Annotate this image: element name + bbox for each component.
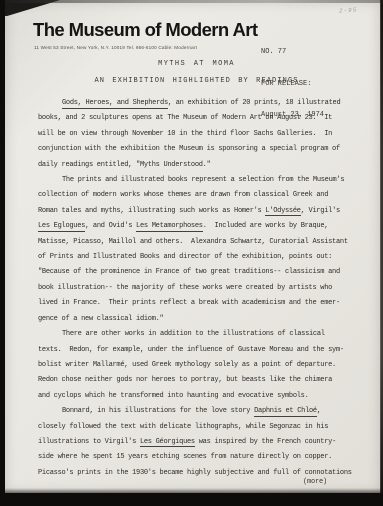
body-line: Gods, Heroes, and Shepherds, an exhibiti… bbox=[38, 96, 356, 111]
scan-edge-top bbox=[0, 0, 383, 3]
scan-edge-bottom bbox=[0, 493, 383, 506]
body-line: Les Eglogues, and Ovid's Les Metamorphos… bbox=[38, 219, 356, 234]
body-line: will be on view through November 10 in t… bbox=[38, 127, 356, 142]
body-line: illustrations to Virgil's Les Géorgiques… bbox=[38, 435, 356, 450]
body-line: collection of modern works whose themes … bbox=[38, 188, 356, 203]
body-line: "Because of the prominence in France of … bbox=[38, 265, 356, 280]
doc-subtitle: AN EXHIBITION HIGHLIGHTED BY READINGS bbox=[8, 77, 383, 85]
body-line: and cyclops which he transformed into ha… bbox=[38, 389, 356, 404]
body-line: conjunction with the exhibition the Muse… bbox=[38, 142, 356, 157]
scan-edge-left bbox=[0, 0, 5, 506]
more-indicator: (more) bbox=[303, 478, 327, 486]
body-line: There are other works in addition to the… bbox=[38, 327, 356, 342]
body-line: closely followed the text with delicate … bbox=[38, 420, 356, 435]
release-number: NO. 77 bbox=[261, 47, 324, 58]
body-line: Redon chose neither gods nor heroes to p… bbox=[38, 373, 356, 388]
body-line: Matisse, Picasso, Maillol and others. Al… bbox=[38, 235, 356, 250]
body-line: books, and 2 sculptures opens at The Mus… bbox=[38, 111, 356, 126]
body-line: daily readings entitled, "Myths Understo… bbox=[38, 158, 356, 173]
body-line: lived in France. Their prints reflect a … bbox=[38, 296, 356, 311]
body-line: of Prints and Illustrated Books and dire… bbox=[38, 250, 356, 265]
body-line: texts. Redon, for example, under the inf… bbox=[38, 343, 356, 358]
body-line: bolist writer Mallarmé, used Greek mytho… bbox=[38, 358, 356, 373]
body-line: The prints and illustrated books represe… bbox=[38, 173, 356, 188]
body-line: book illustration-- the majority of thes… bbox=[38, 281, 356, 296]
doc-title: MYTHS AT MOMA bbox=[8, 60, 383, 68]
address-line: 11 West 53 Street, New York, N.Y. 10019 … bbox=[34, 45, 197, 50]
body-line: gence of a new classical idiom." bbox=[38, 312, 356, 327]
title-block: MYTHS AT MOMA AN EXHIBITION HIGHLIGHTED … bbox=[8, 60, 383, 85]
handwritten-annotation: 2-95 bbox=[338, 6, 357, 14]
scanned-press-release: 2-95 The Museum of Modern Art 11 West 53… bbox=[0, 0, 383, 506]
paper-sheet: 2-95 The Museum of Modern Art 11 West 53… bbox=[4, 0, 381, 494]
body-text: Gods, Heroes, and Shepherds, an exhibiti… bbox=[38, 96, 356, 481]
body-line: Bonnard, in his illustrations for the lo… bbox=[38, 404, 356, 419]
body-line: Roman tales and myths, illustrating such… bbox=[38, 204, 356, 219]
moma-logo: The Museum of Modern Art bbox=[33, 19, 257, 41]
body-line: side where he spent 15 years etching sce… bbox=[38, 450, 356, 465]
